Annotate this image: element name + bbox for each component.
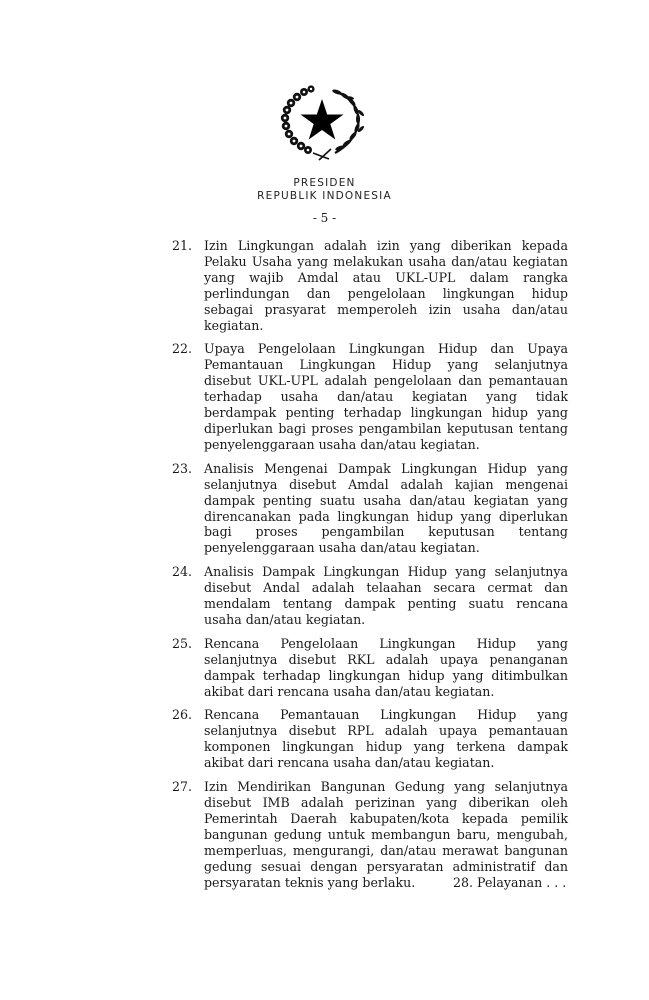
item-number: 27. [172,779,192,795]
item-text: Upaya Pengelolaan Lingkungan Hidup dan U… [204,341,568,452]
item-text: Analisis Mengenai Dampak Lingkungan Hidu… [204,461,568,556]
item-text: Rencana Pemantauan Lingkungan Hidup yang… [204,707,568,771]
item-text: Izin Lingkungan adalah izin yang diberik… [204,238,568,333]
definition-list: 21. Izin Lingkungan adalah izin yang dib… [172,238,568,898]
page-number: - 5 - [0,211,649,225]
item-number: 25. [172,636,192,652]
item-number: 23. [172,461,192,477]
list-item: 26. Rencana Pemantauan Lingkungan Hidup … [172,707,568,771]
header-subtitle: REPUBLIK INDONESIA [0,190,649,202]
document-page: PRESIDEN REPUBLIK INDONESIA - 5 - 21. Iz… [0,0,649,1000]
list-item: 25. Rencana Pengelolaan Lingkungan Hidup… [172,636,568,700]
presidential-seal-icon [275,83,370,161]
item-number: 24. [172,564,192,580]
list-item: 21. Izin Lingkungan adalah izin yang dib… [172,238,568,333]
list-item: 22. Upaya Pengelolaan Lingkungan Hidup d… [172,341,568,452]
continuation-text: 28. Pelayanan . . . [453,875,566,890]
item-number: 21. [172,238,192,254]
header-title: PRESIDEN [0,177,649,189]
item-number: 26. [172,707,192,723]
list-item: 27. Izin Mendirikan Bangunan Gedung yang… [172,779,568,890]
item-text: Analisis Dampak Lingkungan Hidup yang se… [204,564,568,628]
item-text: Izin Mendirikan Bangunan Gedung yang sel… [204,779,568,890]
list-item: 24. Analisis Dampak Lingkungan Hidup yan… [172,564,568,628]
item-number: 22. [172,341,192,357]
list-item: 23. Analisis Mengenai Dampak Lingkungan … [172,461,568,556]
item-text: Rencana Pengelolaan Lingkungan Hidup yan… [204,636,568,700]
